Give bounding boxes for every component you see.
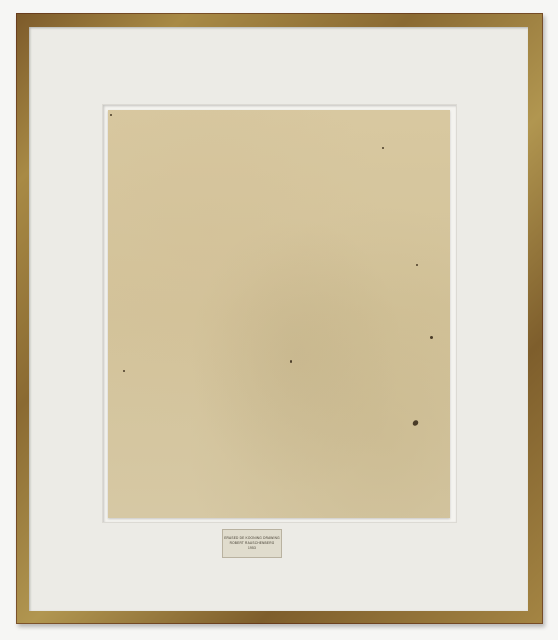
mat-window xyxy=(103,105,456,522)
paper-spot xyxy=(123,370,125,372)
artwork-label: ERASED DE KOONING DRAWING ROBERT RAUSCHE… xyxy=(222,529,282,558)
mat-board xyxy=(29,27,528,611)
paper-spot xyxy=(110,114,112,116)
paper-spot xyxy=(430,336,433,339)
label-artist: ROBERT RAUSCHENBERG xyxy=(223,542,281,545)
erased-drawing-paper xyxy=(108,110,450,518)
paper-spot xyxy=(382,147,384,149)
label-title: ERASED DE KOONING DRAWING xyxy=(223,537,281,540)
label-year: 1953 xyxy=(223,547,281,550)
paper-spot xyxy=(412,419,420,427)
paper-spot xyxy=(416,264,418,266)
paper-spot xyxy=(290,360,292,363)
